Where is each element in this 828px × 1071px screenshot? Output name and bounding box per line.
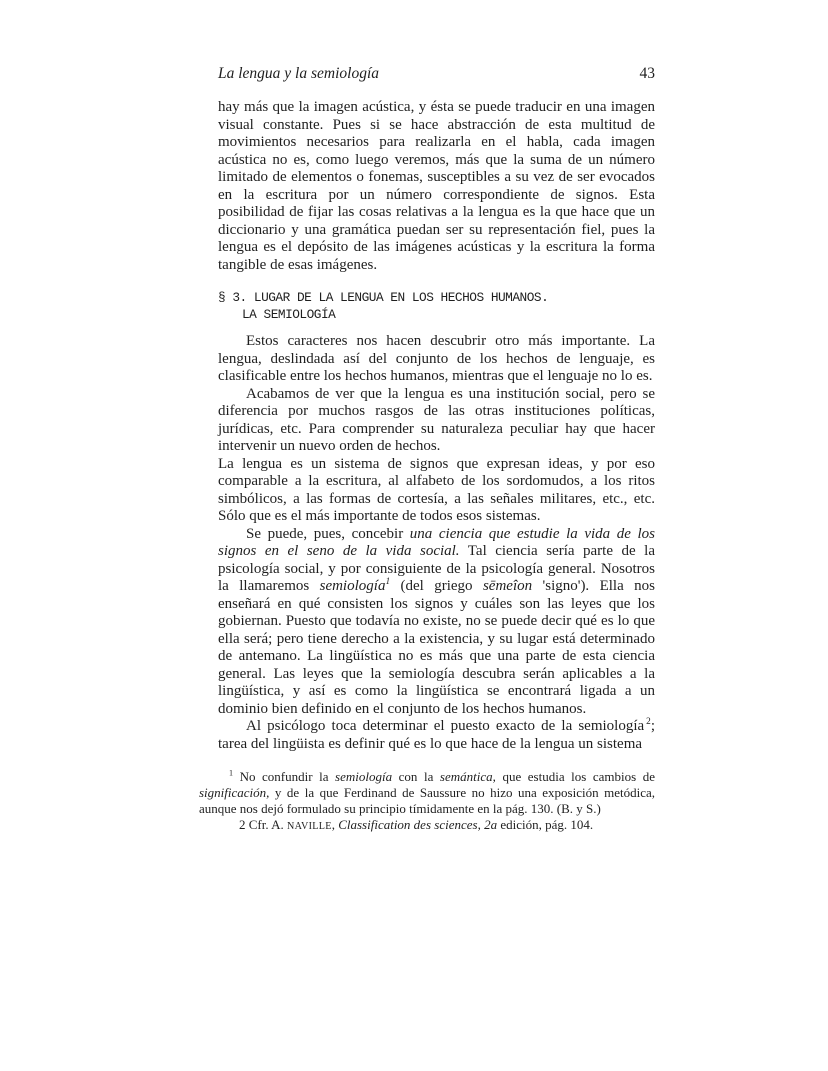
- text-block: La lengua y la semiología 43 hay más que…: [218, 64, 655, 835]
- footnotes: 1 No confundir la semiología con la semá…: [199, 769, 655, 835]
- term-semiologia: semiología: [320, 578, 386, 594]
- book-page-scan: La lengua y la semiología 43 hay más que…: [0, 0, 828, 1071]
- paragraph-4: La lengua es un sistema de signos que ex…: [218, 456, 655, 526]
- paragraph-1: hay más que la imagen acústica, y ésta s…: [218, 99, 655, 274]
- paragraph-5: Se puede, pues, concebir una ciencia que…: [218, 526, 655, 719]
- section-heading-line2: LA SEMIOLOGÍA: [242, 306, 655, 323]
- page-number: 43: [640, 64, 656, 84]
- body-text: hay más que la imagen acústica, y ésta s…: [218, 99, 655, 753]
- author-smallcaps-naville: NAVILLE: [287, 821, 332, 832]
- term-semeion: sēmeîon: [483, 578, 532, 594]
- section-heading: § 3. LUGAR DE LA LENGUA EN LOS HECHOS HU…: [218, 289, 655, 323]
- paragraph-6: Al psicólogo toca determinar el puesto e…: [218, 718, 655, 753]
- running-header-title: La lengua y la semiología: [218, 64, 379, 84]
- footnote-2: 2 Cfr. A. NAVILLE, Classification des sc…: [199, 817, 655, 835]
- running-header: La lengua y la semiología 43: [218, 64, 655, 84]
- section-heading-line1: § 3. LUGAR DE LA LENGUA EN LOS HECHOS HU…: [218, 289, 655, 306]
- footnote-1: 1 No confundir la semiología con la semá…: [199, 769, 655, 817]
- paragraph-2: Estos caracteres nos hacen descubrir otr…: [218, 333, 655, 386]
- paragraph-3: Acabamos de ver que la lengua es una ins…: [218, 386, 655, 456]
- work-title-classification-des-sciences: Classification des sciences,: [338, 817, 481, 832]
